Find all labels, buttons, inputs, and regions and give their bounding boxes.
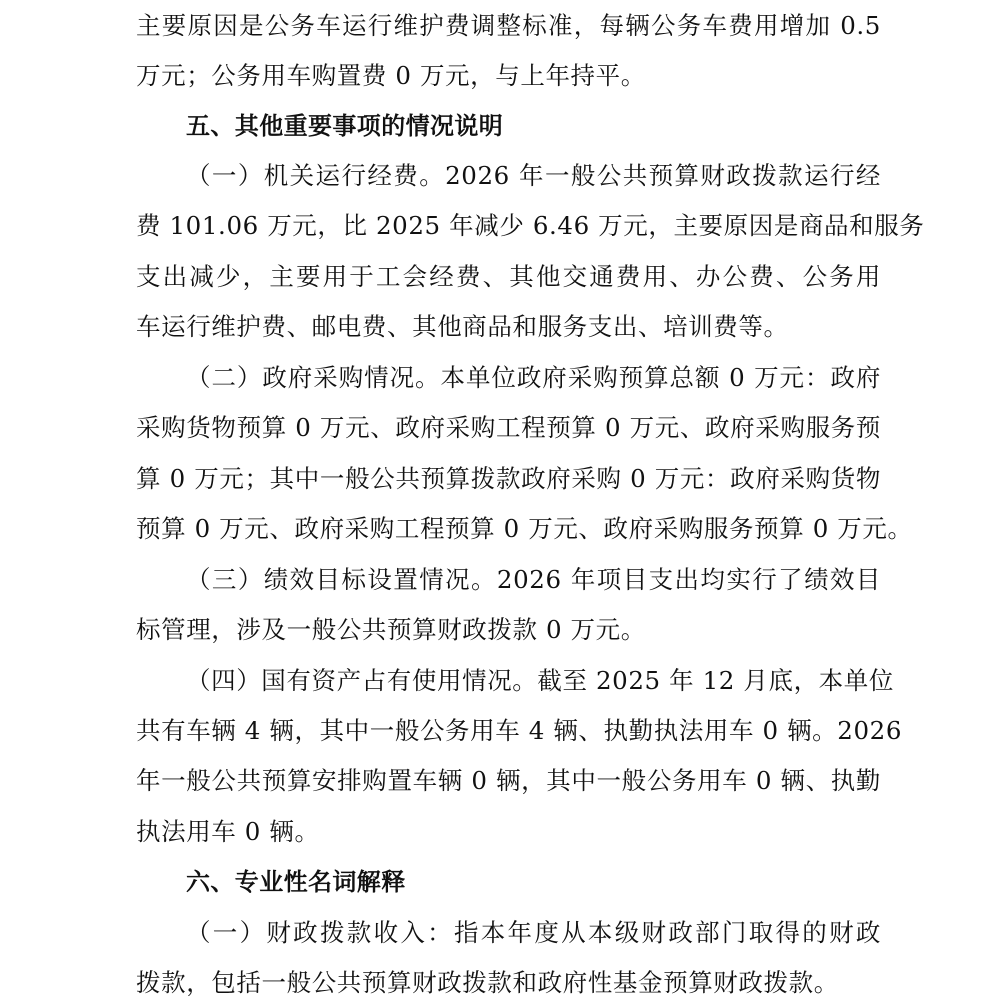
paragraph-assets-line-4: 执法用车 0 辆。	[136, 812, 881, 852]
paragraph-operating-expenses-line-1: （一）机关运行经费。2026 年一般公共预算财政拨款运行经	[186, 156, 881, 196]
paragraph-assets-line-1: （四）国有资产占有使用情况。截至 2025 年 12 月底，本单位	[186, 661, 881, 701]
paragraph-performance-line-1: （三）绩效目标设置情况。2026 年项目支出均实行了绩效目	[186, 560, 881, 600]
paragraph-procurement-line-3: 算 0 万元；其中一般公共预算拨款政府采购 0 万元：政府采购货物	[136, 459, 881, 499]
paragraph-performance-line-2: 标管理，涉及一般公共预算财政拨款 0 万元。	[136, 610, 881, 650]
section-heading-glossary: 六、专业性名词解释	[186, 862, 406, 902]
paragraph-operating-expenses-line-3: 支出减少，主要用于工会经费、其他交通费用、办公费、公务用	[136, 257, 881, 297]
document-page: 主要原因是公务车运行维护费调整标准，每辆公务车费用增加 0.5 万元；公务用车购…	[0, 0, 1000, 1003]
section-heading-other-matters: 五、其他重要事项的情况说明	[186, 106, 503, 146]
paragraph-procurement-line-2: 采购货物预算 0 万元、政府采购工程预算 0 万元、政府采购服务预	[136, 408, 881, 448]
paragraph-vehicle-cost-line-1: 主要原因是公务车运行维护费调整标准，每辆公务车费用增加 0.5	[136, 6, 881, 46]
paragraph-assets-line-3: 年一般公共预算安排购置车辆 0 辆，其中一般公务用车 0 辆、执勤	[136, 761, 881, 801]
paragraph-assets-line-2: 共有车辆 4 辆，其中一般公务用车 4 辆、执勤执法用车 0 辆。2026	[136, 711, 881, 751]
paragraph-glossary-appropriation-line-2: 拨款，包括一般公共预算财政拨款和政府性基金预算财政拨款。	[136, 963, 881, 1003]
paragraph-vehicle-cost-line-2: 万元；公务用车购置费 0 万元，与上年持平。	[136, 56, 881, 96]
paragraph-glossary-appropriation-line-1: （一）财政拨款收入：指本年度从本级财政部门取得的财政	[186, 913, 881, 953]
paragraph-procurement-line-4: 预算 0 万元、政府采购工程预算 0 万元、政府采购服务预算 0 万元。	[136, 509, 891, 549]
paragraph-operating-expenses-line-4: 车运行维护费、邮电费、其他商品和服务支出、培训费等。	[136, 307, 881, 347]
paragraph-procurement-line-1: （二）政府采购情况。本单位政府采购预算总额 0 万元：政府	[186, 358, 881, 398]
paragraph-operating-expenses-line-2: 费 101.06 万元，比 2025 年减少 6.46 万元，主要原因是商品和服…	[136, 206, 881, 246]
